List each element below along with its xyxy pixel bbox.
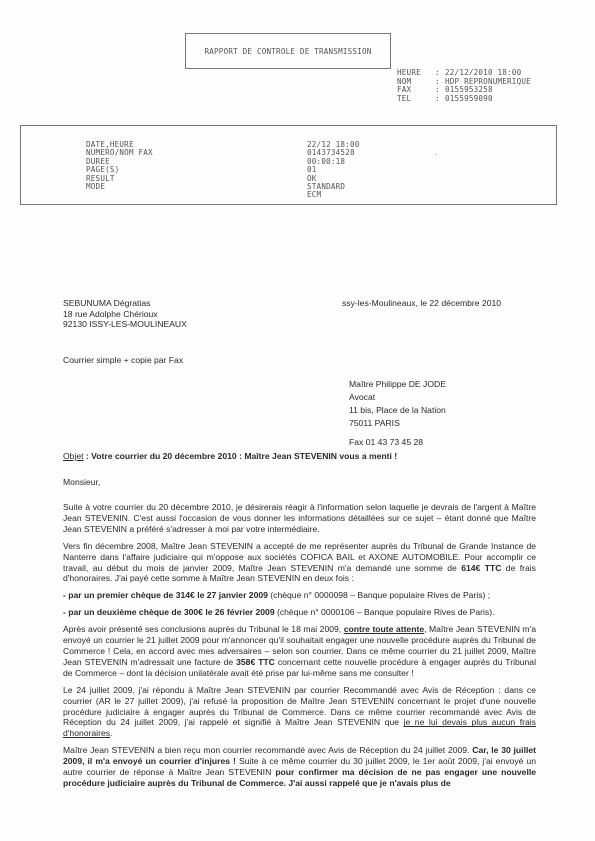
- recipient-lines: Maître Philippe DE JODEAvocat11 bis, Pla…: [349, 378, 446, 430]
- letter-body: Suite à votre courrier du 20 décembre 20…: [63, 502, 536, 795]
- text: Maître Jean STEVENIN a bien reçu mon cou…: [63, 745, 472, 755]
- cheque-2: - par un deuxième chèque de 300€ le 26 f…: [63, 607, 536, 618]
- paragraph-injuries: Maître Jean STEVENIN a bien reçu mon cou…: [63, 745, 536, 789]
- sender-address-line: 92130 ISSY-LES-MOULINEAUX: [63, 319, 187, 330]
- recipient-line: 75011 PARIS: [349, 417, 446, 430]
- transmission-label: MODE: [86, 183, 153, 191]
- recipient-line: 11 bis, Place de la Nation: [349, 404, 446, 417]
- scan-speck: [436, 154, 437, 155]
- sender-info-value: 0155959090: [445, 95, 493, 104]
- paragraph-fees: Vers fin décembre 2008, Maître Jean STEV…: [63, 541, 536, 585]
- cheque-2-details: (chèque n° 0000106 – Banque populaire Ri…: [275, 607, 495, 617]
- cheque-1-details: (chèque n° 0000098 – Banque populaire Ri…: [268, 590, 490, 600]
- subject-label: Objet: [63, 451, 84, 461]
- cheque-1-bold: - par un premier chèque de 314€ le 27 ja…: [63, 590, 268, 600]
- amount-614: 614€ TTC: [461, 563, 501, 573]
- transmission-values: 22/12 18:00014373452800:00:1801OKSTANDAR…: [307, 141, 360, 200]
- paragraph-new-procedure: Après avoir présenté ses conclusions aup…: [63, 624, 536, 679]
- sender-address: SEBUNUMA Dégratias18 rue Adolphe Chériou…: [63, 298, 187, 330]
- paragraph-intro: Suite à votre courrier du 20 décembre 20…: [63, 502, 536, 535]
- delivery-method: Courrier simple + copie par Fax: [63, 355, 183, 366]
- subject-text: : Votre courrier du 20 décembre 2010 : M…: [84, 451, 398, 461]
- cheque-1: - par un premier chèque de 314€ le 27 ja…: [63, 590, 536, 601]
- transmission-value: ECM: [307, 191, 360, 199]
- text: .: [110, 728, 112, 738]
- subject-line: Objet : Votre courrier du 20 décembre 20…: [63, 451, 397, 462]
- report-title: RAPPORT DE CONTROLE DE TRANSMISSION: [185, 33, 391, 69]
- sender-fax-info: HEURE:22/12/2010 18:00NOM:HDP REPRONUMER…: [397, 69, 531, 103]
- sender-info-row: TEL:0155959090: [397, 95, 531, 104]
- transmission-details-box: DATE,HEURENUMERO/NOM FAXDUREEPAGE(S)RESU…: [20, 125, 557, 205]
- transmission-labels: DATE,HEURENUMERO/NOM FAXDUREEPAGE(S)RESU…: [86, 141, 153, 191]
- sender-address-line: 18 rue Adolphe Chérioux: [63, 309, 187, 320]
- amount-358: 358€ TTC: [236, 657, 275, 667]
- recipient-fax: Fax 01 43 73 45 28: [349, 436, 446, 449]
- place-date: ssy-les-Moulineaux, le 22 décembre 2010: [342, 298, 501, 309]
- text: Après avoir présenté ses conclusions aup…: [63, 624, 344, 634]
- recipient-line: Maître Philippe DE JODE: [349, 378, 446, 391]
- emphasis: contre toute attente: [344, 624, 424, 634]
- sender-address-line: SEBUNUMA Dégratias: [63, 298, 187, 309]
- sender-info-key: TEL: [397, 95, 435, 104]
- cheque-2-bold: - par un deuxième chèque de 300€ le 26 f…: [63, 607, 275, 617]
- separator: :: [435, 95, 445, 104]
- recipient-address: Maître Philippe DE JODEAvocat11 bis, Pla…: [349, 378, 446, 449]
- salutation: Monsieur,: [63, 477, 100, 488]
- paragraph-refusal: Le 24 juillet 2009, j'ai répondu à Maîtr…: [63, 685, 536, 740]
- recipient-line: Avocat: [349, 391, 446, 404]
